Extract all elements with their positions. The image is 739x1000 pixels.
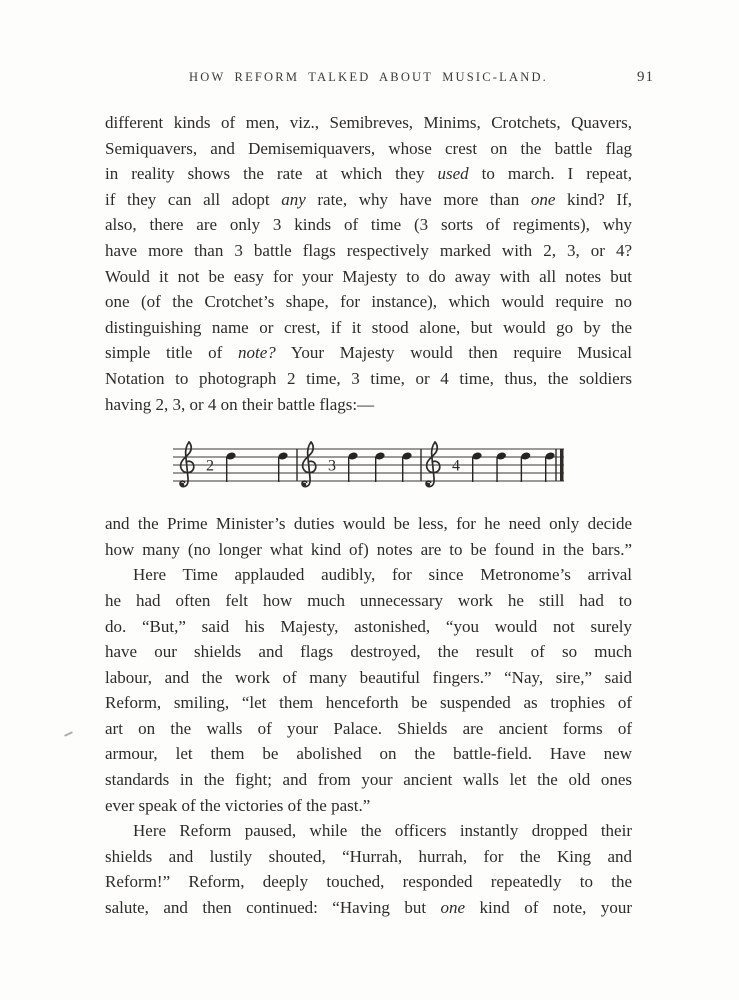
text-line: Notation to photograph 2 time, 3 time, o… bbox=[105, 366, 632, 392]
text-line: how many (no longer what kind of) notes … bbox=[105, 537, 632, 563]
time-signature: 2 bbox=[206, 458, 214, 475]
text-line: have our shields and flags destroyed, th… bbox=[105, 639, 632, 665]
text-line: also, there are only 3 kinds of time (3 … bbox=[105, 212, 632, 238]
italic-word: any bbox=[281, 190, 306, 209]
text-line: armour, let them be abolished on the bat… bbox=[105, 741, 632, 767]
double-barline bbox=[560, 449, 564, 481]
italic-word: one bbox=[531, 190, 556, 209]
text-line: one (of the Crotchet’s shape, for instan… bbox=[105, 289, 632, 315]
text-line: Reform!” Reform, deeply touched, respond… bbox=[105, 869, 632, 895]
text-line: Here Time applauded audibly, for since M… bbox=[105, 562, 632, 588]
text-line: distinguishing name or crest, if it stoo… bbox=[105, 315, 632, 341]
margin-mark bbox=[64, 731, 73, 737]
text-line: Here Reform paused, while the officers i… bbox=[105, 818, 632, 844]
text-line: simple title of note? Your Majesty would… bbox=[105, 340, 632, 366]
text-line: having 2, 3, or 4 on their battle flags:… bbox=[105, 392, 632, 418]
music-staff: 234 bbox=[173, 437, 565, 497]
italic-word: note? bbox=[238, 343, 276, 362]
text-line: ever speak of the victories of the past.… bbox=[105, 793, 632, 819]
page-title: HOW REFORM TALKED ABOUT MUSIC-LAND. bbox=[105, 70, 632, 85]
text-line: Would it not be easy for your Majesty to… bbox=[105, 264, 632, 290]
text-line: and the Prime Minister’s duties would be… bbox=[105, 511, 632, 537]
text-line: in reality shows the rate at which they … bbox=[105, 161, 632, 187]
page-body: different kinds of men, viz., Semibreves… bbox=[105, 110, 632, 921]
text-column: HOW REFORM TALKED ABOUT MUSIC-LAND. 91 d… bbox=[105, 70, 632, 921]
text-line: Semiquavers, and Demisemiquavers, whose … bbox=[105, 136, 632, 162]
text-line: Reform, smiling, “let them henceforth be… bbox=[105, 690, 632, 716]
text-line: shields and lustily shouted, “Hurrah, hu… bbox=[105, 844, 632, 870]
time-signature: 4 bbox=[452, 458, 460, 475]
italic-word: one bbox=[441, 898, 466, 917]
running-header: HOW REFORM TALKED ABOUT MUSIC-LAND. 91 bbox=[105, 70, 632, 96]
music-notation-figure: 234 bbox=[173, 437, 565, 497]
text-line: labour, and the work of many beautiful f… bbox=[105, 665, 632, 691]
time-signature: 3 bbox=[328, 458, 336, 475]
text-line: art on the walls of your Palace. Shields… bbox=[105, 716, 632, 742]
page-number: 91 bbox=[637, 69, 654, 86]
text-line: do. “But,” said his Majesty, astonished,… bbox=[105, 614, 632, 640]
text-line: different kinds of men, viz., Semibreves… bbox=[105, 110, 632, 136]
text-line: have more than 3 battle flags respective… bbox=[105, 238, 632, 264]
text-line: standards in the fight; and from your an… bbox=[105, 767, 632, 793]
text-line: salute, and then continued: “Having but … bbox=[105, 895, 632, 921]
italic-word: used bbox=[437, 164, 468, 183]
text-line: if they can all adopt any rate, why have… bbox=[105, 187, 632, 213]
book-page: HOW REFORM TALKED ABOUT MUSIC-LAND. 91 d… bbox=[0, 0, 739, 1000]
text-line: he had often felt how much unnecessary w… bbox=[105, 588, 632, 614]
